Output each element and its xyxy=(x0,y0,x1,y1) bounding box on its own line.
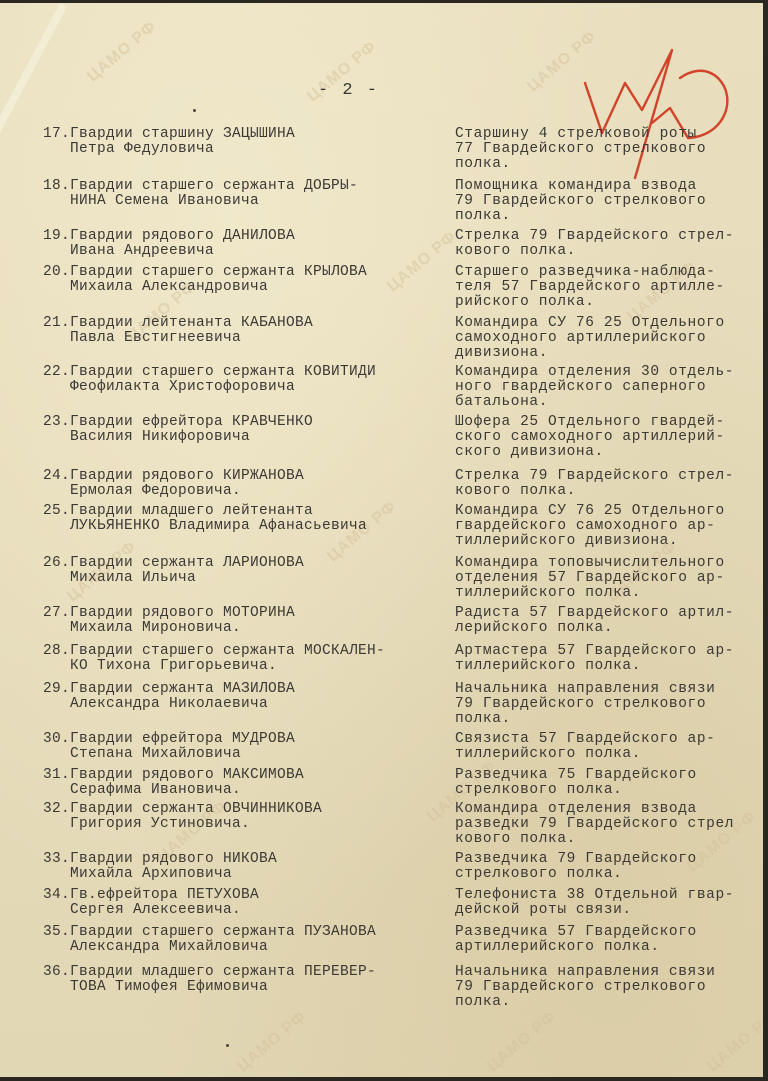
position-line: Командира отделения 30 отдель- xyxy=(455,365,760,380)
position-line: тиллерийского полка. xyxy=(455,659,760,674)
recipient-position: Командира СУ 76 25 Отдельногосамоходного… xyxy=(455,316,760,361)
position-line: Связиста 57 Гвардейского ар- xyxy=(455,732,760,747)
given-name-patronymic: Павла Евстигнеевича xyxy=(40,331,430,346)
position-line: Телефониста 38 Отдельной гвар- xyxy=(455,888,760,903)
entry-number: 32. xyxy=(40,802,70,817)
position-line: артиллерийского полка. xyxy=(455,940,760,955)
given-name-patronymic: Михаила Ильича xyxy=(40,571,430,586)
recipient-name: 22.Гвардии старшего сержанта КОВИТИДИФео… xyxy=(40,365,430,395)
recipient-name: 32.Гвардии сержанта ОВЧИННИКОВАГригория … xyxy=(40,802,430,832)
entry-number: 31. xyxy=(40,768,70,783)
position-line: гвардейского самоходного ар- xyxy=(455,519,760,534)
rank-and-surname: Гвардии младшего лейтенанта xyxy=(70,503,313,519)
position-line: самоходного артиллерийского xyxy=(455,331,760,346)
recipient-position: Телефониста 38 Отдельной гвар-дейской ро… xyxy=(455,888,760,918)
given-name-patronymic: Александра Михайловича xyxy=(40,940,430,955)
given-name-patronymic: Василия Никифоровича xyxy=(40,430,430,445)
position-line: кового полка. xyxy=(455,484,760,499)
given-name-patronymic: Михаила Мироновича. xyxy=(40,621,430,636)
document-page: ЦАМО РФЦАМО РФЦАМО РФЦАМО РФЦАМО РФЦАМО … xyxy=(0,3,763,1077)
recipient-name: 35.Гвардии старшего сержанта ПУЗАНОВААле… xyxy=(40,925,430,955)
recipient-position: Радиста 57 Гвардейского артил-лерийского… xyxy=(455,606,760,636)
recipient-position: Начальника направления связи79 Гвардейск… xyxy=(455,682,760,727)
position-line: полка. xyxy=(455,712,760,727)
recipient-name: 28.Гвардии старшего сержанта МОСКАЛЕН-КО… xyxy=(40,644,430,674)
recipient-name: 23.Гвардии ефрейтора КРАВЧЕНКОВасилия Ни… xyxy=(40,415,430,445)
rank-and-surname: Гвардии ефрейтора МУДРОВА xyxy=(70,731,295,747)
position-line: 79 Гвардейского стрелкового xyxy=(455,697,760,712)
position-line: полка. xyxy=(455,995,760,1010)
given-name-patronymic: ЛУКЬЯНЕНКО Владимира Афанасьевича xyxy=(40,519,430,534)
recipient-position: Стрелка 79 Гвардейского стрел-кового пол… xyxy=(455,229,760,259)
position-line: Помощника командира взвода xyxy=(455,179,760,194)
rank-and-surname: Гв.ефрейтора ПЕТУХОВА xyxy=(70,887,259,903)
entry-number: 30. xyxy=(40,732,70,747)
position-line: Начальника направления связи xyxy=(455,682,760,697)
given-name-patronymic: Степана Михайловича xyxy=(40,747,430,762)
rank-and-surname: Гвардии старшего сержанта КРЫЛОВА xyxy=(70,264,367,280)
position-line: Стрелка 79 Гвардейского стрел- xyxy=(455,469,760,484)
position-line: стрелкового полка. xyxy=(455,867,760,882)
position-line: кового полка. xyxy=(455,244,760,259)
recipient-name: 18.Гвардии старшего сержанта ДОБРЫ-НИНА … xyxy=(40,179,430,209)
award-list: 17.Гвардии старшину ЗАЦЫШИНАПетра Федуло… xyxy=(0,3,763,1077)
position-line: Радиста 57 Гвардейского артил- xyxy=(455,606,760,621)
position-line: отделения 57 Гвардейского ар- xyxy=(455,571,760,586)
position-line: теля 57 Гвардейского артилле- xyxy=(455,280,760,295)
position-line: 79 Гвардейского стрелкового xyxy=(455,980,760,995)
entry-number: 22. xyxy=(40,365,70,380)
recipient-position: Командира топовычислительногоотделения 5… xyxy=(455,556,760,601)
position-line: Разведчика 75 Гвардейского xyxy=(455,768,760,783)
rank-and-surname: Гвардии лейтенанта КАБАНОВА xyxy=(70,315,313,331)
position-line: Командира СУ 76 25 Отдельного xyxy=(455,504,760,519)
rank-and-surname: Гвардии старшину ЗАЦЫШИНА xyxy=(70,126,295,142)
given-name-patronymic: Феофилакта Христофоровича xyxy=(40,380,430,395)
rank-and-surname: Гвардии рядового МАКСИМОВА xyxy=(70,767,304,783)
recipient-name: 19.Гвардии рядового ДАНИЛОВАИвана Андрее… xyxy=(40,229,430,259)
rank-and-surname: Гвардии ефрейтора КРАВЧЕНКО xyxy=(70,414,313,430)
position-line: тиллерийского полка. xyxy=(455,586,760,601)
rank-and-surname: Гвардии рядового НИКОВА xyxy=(70,851,277,867)
entry-number: 18. xyxy=(40,179,70,194)
position-line: 77 Гвардейского стрелкового xyxy=(455,142,760,157)
entry-number: 34. xyxy=(40,888,70,903)
position-line: Старшину 4 стрелковой роты xyxy=(455,127,760,142)
entry-number: 19. xyxy=(40,229,70,244)
entry-number: 27. xyxy=(40,606,70,621)
recipient-name: 25.Гвардии младшего лейтенантаЛУКЬЯНЕНКО… xyxy=(40,504,430,534)
recipient-position: Командира отделения взводаразведки 79 Гв… xyxy=(455,802,760,847)
recipient-name: 29.Гвардии сержанта МАЗИЛОВААлександра Н… xyxy=(40,682,430,712)
position-line: ского самоходного артиллерий- xyxy=(455,430,760,445)
entry-number: 24. xyxy=(40,469,70,484)
recipient-position: Стрелка 79 Гвардейского стрел-кового пол… xyxy=(455,469,760,499)
given-name-patronymic: Михайла Архиповича xyxy=(40,867,430,882)
given-name-patronymic: Серафима Ивановича. xyxy=(40,783,430,798)
rank-and-surname: Гвардии младшего сержанта ПЕРЕВЕР- xyxy=(70,964,376,980)
position-line: дейской роты связи. xyxy=(455,903,760,918)
position-line: дивизиона. xyxy=(455,346,760,361)
rank-and-surname: Гвардии старшего сержанта МОСКАЛЕН- xyxy=(70,643,385,659)
rank-and-surname: Гвардии рядового КИРЖАНОВА xyxy=(70,468,304,484)
position-line: Старшего разведчика-наблюда- xyxy=(455,265,760,280)
position-line: кового полка. xyxy=(455,832,760,847)
given-name-patronymic: Ивана Андреевича xyxy=(40,244,430,259)
position-line: лерийского полка. xyxy=(455,621,760,636)
given-name-patronymic: Александра Николаевича xyxy=(40,697,430,712)
given-name-patronymic: КО Тихона Григорьевича. xyxy=(40,659,430,674)
position-line: ного гвардейского саперного xyxy=(455,380,760,395)
position-line: Командира топовычислительного xyxy=(455,556,760,571)
rank-and-surname: Гвардии старшего сержанта ДОБРЫ- xyxy=(70,178,358,194)
given-name-patronymic: ТОВА Тимофея Ефимовича xyxy=(40,980,430,995)
rank-and-surname: Гвардии рядового ДАНИЛОВА xyxy=(70,228,295,244)
rank-and-surname: Гвардии сержанта ЛАРИОНОВА xyxy=(70,555,304,571)
position-line: Стрелка 79 Гвардейского стрел- xyxy=(455,229,760,244)
recipient-name: 20.Гвардии старшего сержанта КРЫЛОВАМиха… xyxy=(40,265,430,295)
entry-number: 23. xyxy=(40,415,70,430)
rank-and-surname: Гвардии сержанта МАЗИЛОВА xyxy=(70,681,295,697)
position-line: Командира отделения взвода xyxy=(455,802,760,817)
given-name-patronymic: Сергея Алексеевича. xyxy=(40,903,430,918)
recipient-name: 30.Гвардии ефрейтора МУДРОВАСтепана Миха… xyxy=(40,732,430,762)
recipient-name: 21.Гвардии лейтенанта КАБАНОВАПавла Евст… xyxy=(40,316,430,346)
position-line: стрелкового полка. xyxy=(455,783,760,798)
position-line: батальона. xyxy=(455,395,760,410)
position-line: полка. xyxy=(455,209,760,224)
given-name-patronymic: Петра Федуловича xyxy=(40,142,430,157)
rank-and-surname: Гвардии рядового МОТОРИНА xyxy=(70,605,295,621)
rank-and-surname: Гвардии старшего сержанта КОВИТИДИ xyxy=(70,364,376,380)
recipient-position: Помощника командира взвода79 Гвардейског… xyxy=(455,179,760,224)
recipient-name: 17.Гвардии старшину ЗАЦЫШИНАПетра Федуло… xyxy=(40,127,430,157)
recipient-position: Разведчика 79 Гвардейскогострелкового по… xyxy=(455,852,760,882)
entry-number: 35. xyxy=(40,925,70,940)
position-line: Разведчика 57 Гвардейского xyxy=(455,925,760,940)
recipient-position: Разведчика 57 Гвардейскогоартиллерийског… xyxy=(455,925,760,955)
position-line: Артмастера 57 Гвардейского ар- xyxy=(455,644,760,659)
recipient-name: 31.Гвардии рядового МАКСИМОВАСерафима Ив… xyxy=(40,768,430,798)
entry-number: 21. xyxy=(40,316,70,331)
position-line: Разведчика 79 Гвардейского xyxy=(455,852,760,867)
position-line: тиллерийского полка. xyxy=(455,747,760,762)
recipient-position: Командира СУ 76 25 Отдельногогвардейског… xyxy=(455,504,760,549)
recipient-position: Разведчика 75 Гвардейскогострелкового по… xyxy=(455,768,760,798)
entry-number: 25. xyxy=(40,504,70,519)
recipient-position: Шофера 25 Отдельного гвардей-ского самох… xyxy=(455,415,760,460)
recipient-position: Связиста 57 Гвардейского ар-тиллерийског… xyxy=(455,732,760,762)
recipient-name: 26.Гвардии сержанта ЛАРИОНОВАМихаила Иль… xyxy=(40,556,430,586)
given-name-patronymic: НИНА Семена Ивановича xyxy=(40,194,430,209)
position-line: 79 Гвардейского стрелкового xyxy=(455,194,760,209)
recipient-position: Начальника направления связи79 Гвардейск… xyxy=(455,965,760,1010)
recipient-name: 36.Гвардии младшего сержанта ПЕРЕВЕР-ТОВ… xyxy=(40,965,430,995)
entry-number: 17. xyxy=(40,127,70,142)
entry-number: 28. xyxy=(40,644,70,659)
entry-number: 29. xyxy=(40,682,70,697)
position-line: рийского полка. xyxy=(455,295,760,310)
recipient-position: Командира отделения 30 отдель-ного гвард… xyxy=(455,365,760,410)
position-line: полка. xyxy=(455,157,760,172)
position-line: Шофера 25 Отдельного гвардей- xyxy=(455,415,760,430)
position-line: Командира СУ 76 25 Отдельного xyxy=(455,316,760,331)
recipient-name: 33.Гвардии рядового НИКОВАМихайла Архипо… xyxy=(40,852,430,882)
recipient-position: Старшину 4 стрелковой роты77 Гвардейског… xyxy=(455,127,760,172)
given-name-patronymic: Ермолая Федоровича. xyxy=(40,484,430,499)
position-line: ского дивизиона. xyxy=(455,445,760,460)
entry-number: 33. xyxy=(40,852,70,867)
recipient-position: Старшего разведчика-наблюда-теля 57 Гвар… xyxy=(455,265,760,310)
given-name-patronymic: Григория Устиновича. xyxy=(40,817,430,832)
entry-number: 26. xyxy=(40,556,70,571)
entry-number: 36. xyxy=(40,965,70,980)
recipient-name: 27.Гвардии рядового МОТОРИНАМихаила Миро… xyxy=(40,606,430,636)
recipient-position: Артмастера 57 Гвардейского ар-тиллерийск… xyxy=(455,644,760,674)
recipient-name: 34.Гв.ефрейтора ПЕТУХОВАСергея Алексееви… xyxy=(40,888,430,918)
position-line: разведки 79 Гвардейского стрел xyxy=(455,817,760,832)
rank-and-surname: Гвардии сержанта ОВЧИННИКОВА xyxy=(70,801,322,817)
recipient-name: 24.Гвардии рядового КИРЖАНОВАЕрмолая Фед… xyxy=(40,469,430,499)
given-name-patronymic: Михаила Александровича xyxy=(40,280,430,295)
entry-number: 20. xyxy=(40,265,70,280)
position-line: тиллерийского дивизиона. xyxy=(455,534,760,549)
position-line: Начальника направления связи xyxy=(455,965,760,980)
rank-and-surname: Гвардии старшего сержанта ПУЗАНОВА xyxy=(70,924,376,940)
